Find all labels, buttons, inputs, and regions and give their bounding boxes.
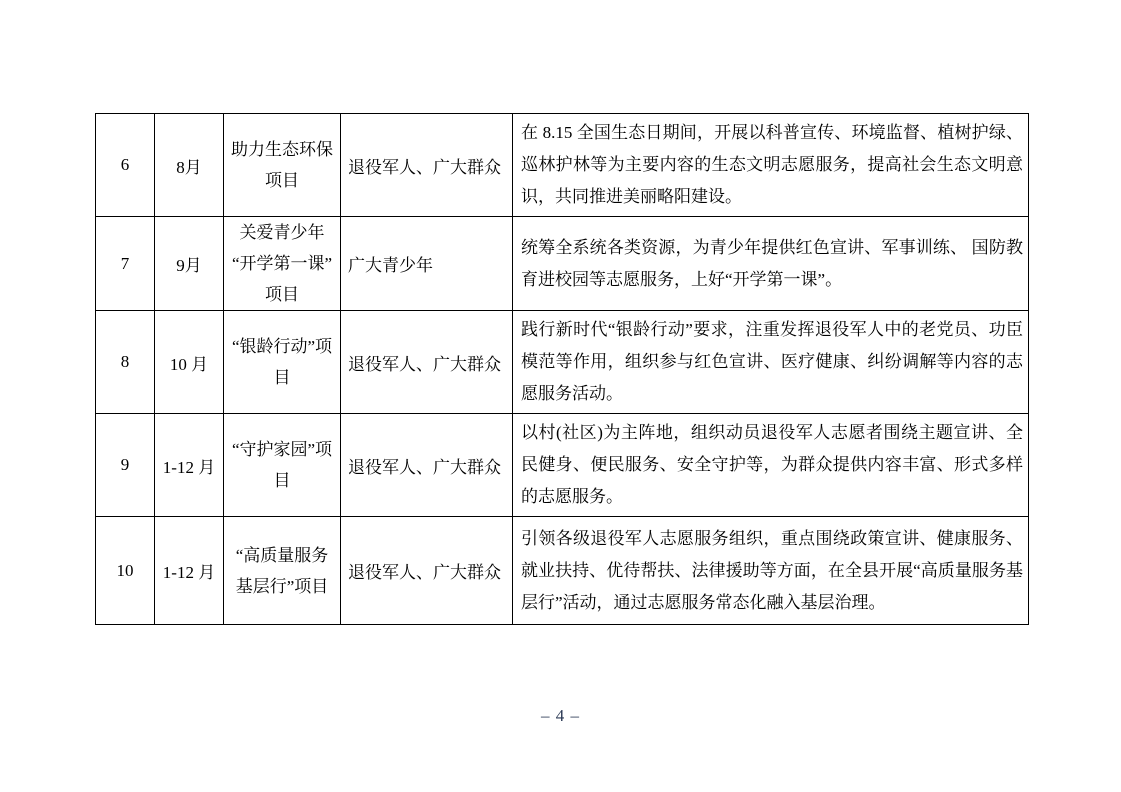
table-row: 6 8月 助力生态环保项目 退役军人、广大群众 在 8.15 全国生态日期间，开… (96, 114, 1029, 217)
audience-cell: 退役军人、广大群众 (341, 311, 513, 414)
description-cell: 以村(社区)为主阵地，组织动员退役军人志愿者围绕主题宣讲、全民健身、便民服务、安… (513, 414, 1029, 517)
project-name-cell: “银龄行动”项目 (224, 311, 341, 414)
audience-cell: 退役军人、广大群众 (341, 114, 513, 217)
serial-number-cell: 6 (96, 114, 155, 217)
page-number: – 4 – (0, 706, 1121, 726)
document-page: 6 8月 助力生态环保项目 退役军人、广大群众 在 8.15 全国生态日期间，开… (0, 0, 1121, 792)
volunteer-projects-table: 6 8月 助力生态环保项目 退役军人、广大群众 在 8.15 全国生态日期间，开… (95, 113, 1029, 625)
month-cell: 1-12 月 (155, 517, 224, 625)
table-row: 9 1-12 月 “守护家园”项目 退役军人、广大群众 以村(社区)为主阵地，组… (96, 414, 1029, 517)
description-cell: 统筹全系统各类资源，为青少年提供红色宣讲、军事训练、 国防教育进校园等志愿服务，… (513, 217, 1029, 311)
table-row: 10 1-12 月 “高质量服务基层行”项目 退役军人、广大群众 引领各级退役军… (96, 517, 1029, 625)
month-cell: 8月 (155, 114, 224, 217)
project-name-cell: “高质量服务基层行”项目 (224, 517, 341, 625)
serial-number-cell: 10 (96, 517, 155, 625)
description-cell: 践行新时代“银龄行动”要求，注重发挥退役军人中的老党员、功臣模范等作用，组织参与… (513, 311, 1029, 414)
description-cell: 在 8.15 全国生态日期间，开展以科普宣传、环境监督、植树护绿、巡林护林等为主… (513, 114, 1029, 217)
month-cell: 1-12 月 (155, 414, 224, 517)
serial-number-cell: 7 (96, 217, 155, 311)
project-name-cell: 助力生态环保项目 (224, 114, 341, 217)
audience-cell: 退役军人、广大群众 (341, 414, 513, 517)
table-row: 8 10 月 “银龄行动”项目 退役军人、广大群众 践行新时代“银龄行动”要求，… (96, 311, 1029, 414)
audience-cell: 退役军人、广大群众 (341, 517, 513, 625)
audience-cell: 广大青少年 (341, 217, 513, 311)
project-name-cell: 关爱青少年“开学第一课”项目 (224, 217, 341, 311)
description-cell: 引领各级退役军人志愿服务组织，重点围绕政策宣讲、健康服务、就业扶持、优待帮扶、法… (513, 517, 1029, 625)
serial-number-cell: 9 (96, 414, 155, 517)
project-name-cell: “守护家园”项目 (224, 414, 341, 517)
serial-number-cell: 8 (96, 311, 155, 414)
month-cell: 10 月 (155, 311, 224, 414)
month-cell: 9月 (155, 217, 224, 311)
table-row: 7 9月 关爱青少年“开学第一课”项目 广大青少年 统筹全系统各类资源，为青少年… (96, 217, 1029, 311)
